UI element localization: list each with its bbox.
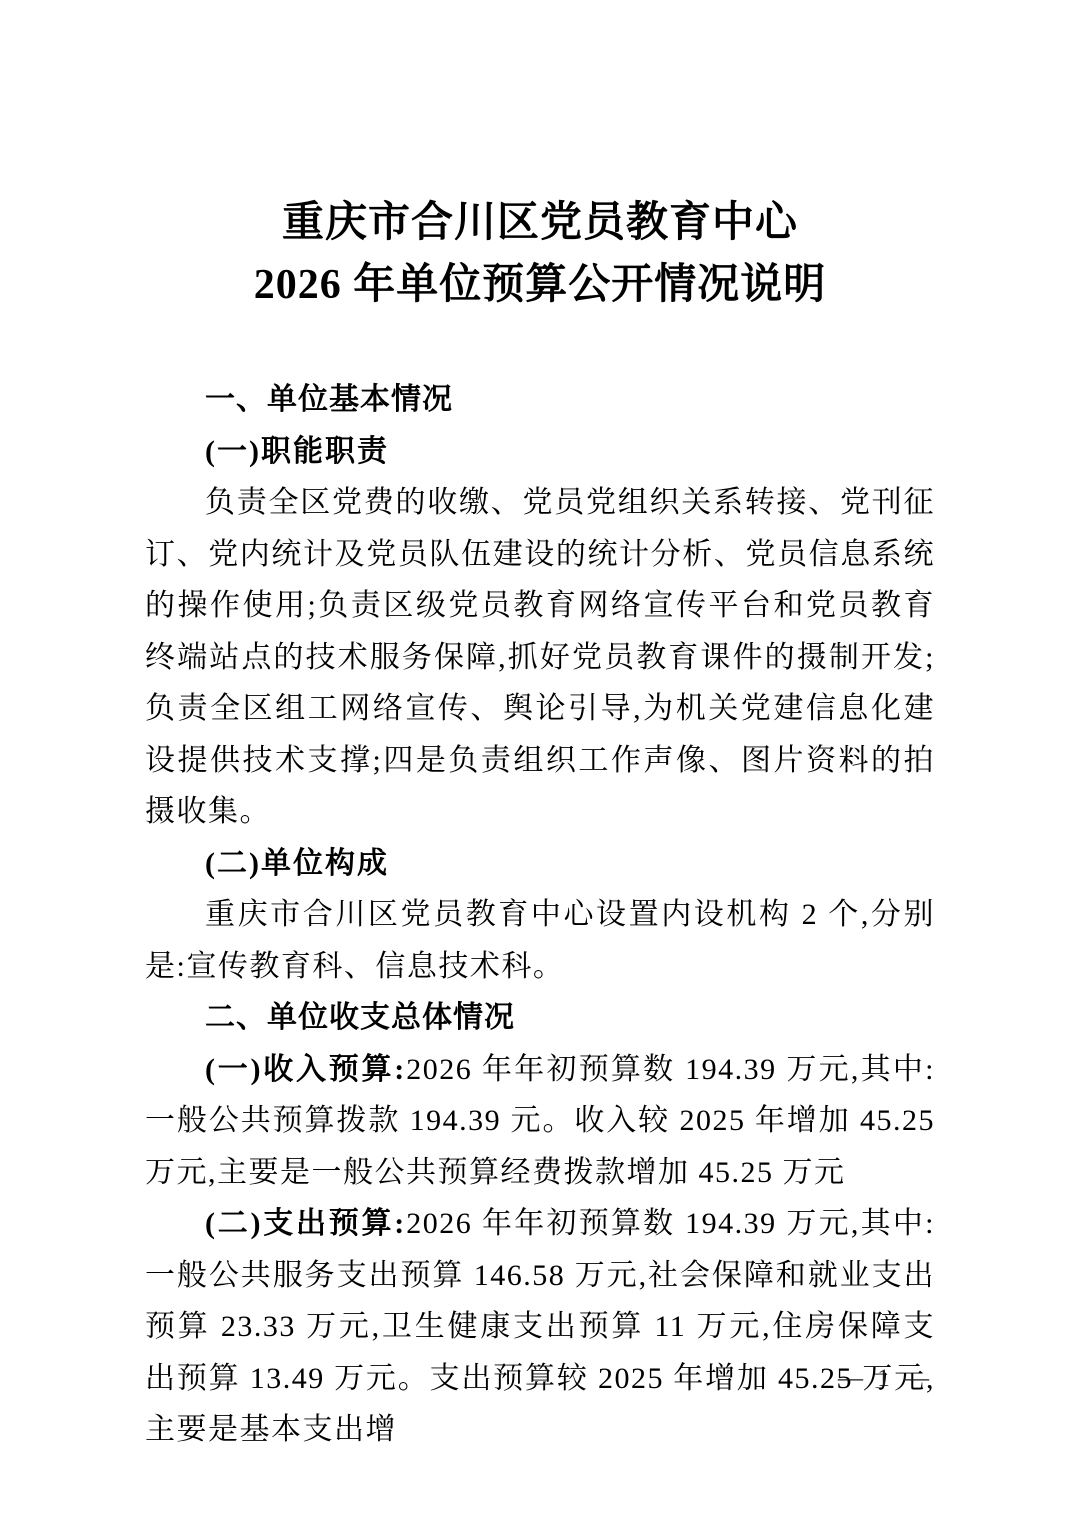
income-budget-lead: (一)收入预算: xyxy=(205,1053,406,1086)
document-title-line-1: 重庆市合川区党员教育中心 xyxy=(145,192,935,254)
document-title-line-2: 2026 年单位预算公开情况说明 xyxy=(145,254,935,316)
duties-paragraph: 负责全区党费的收缴、党员党组织关系转接、党刊征订、党内统计及党员队伍建设的统计分… xyxy=(145,477,935,838)
unit-composition-paragraph: 重庆市合川区党员教育中心设置内设机构 2 个,分别是:宣传教育科、信息技术科。 xyxy=(145,889,935,992)
expenditure-budget-paragraph: (二)支出预算:2026 年年初预算数 194.39 万元,其中:一般公共服务支… xyxy=(145,1198,935,1456)
section-2-heading: 二、单位收支总体情况 xyxy=(145,992,935,1044)
expenditure-budget-lead: (二)支出预算: xyxy=(205,1207,406,1240)
document-page: 重庆市合川区党员教育中心 2026 年单位预算公开情况说明 一、单位基本情况 (… xyxy=(0,0,1074,1520)
document-title: 重庆市合川区党员教育中心 2026 年单位预算公开情况说明 xyxy=(145,192,935,316)
page-number: — 1 — xyxy=(838,1364,933,1394)
income-budget-paragraph: (一)收入预算:2026 年年初预算数 194.39 万元,其中:一般公共预算拨… xyxy=(145,1044,935,1199)
section-1-sub-2-heading: (二)单位构成 xyxy=(145,838,935,890)
expenditure-budget-text: 2026 年年初预算数 194.39 万元,其中:一般公共服务支出预算 146.… xyxy=(145,1207,935,1446)
document-body: 一、单位基本情况 (一)职能职责 负责全区党费的收缴、党员党组织关系转接、党刊征… xyxy=(145,374,935,1456)
section-1-heading: 一、单位基本情况 xyxy=(145,374,935,426)
section-1-sub-1-heading: (一)职能职责 xyxy=(145,426,935,478)
